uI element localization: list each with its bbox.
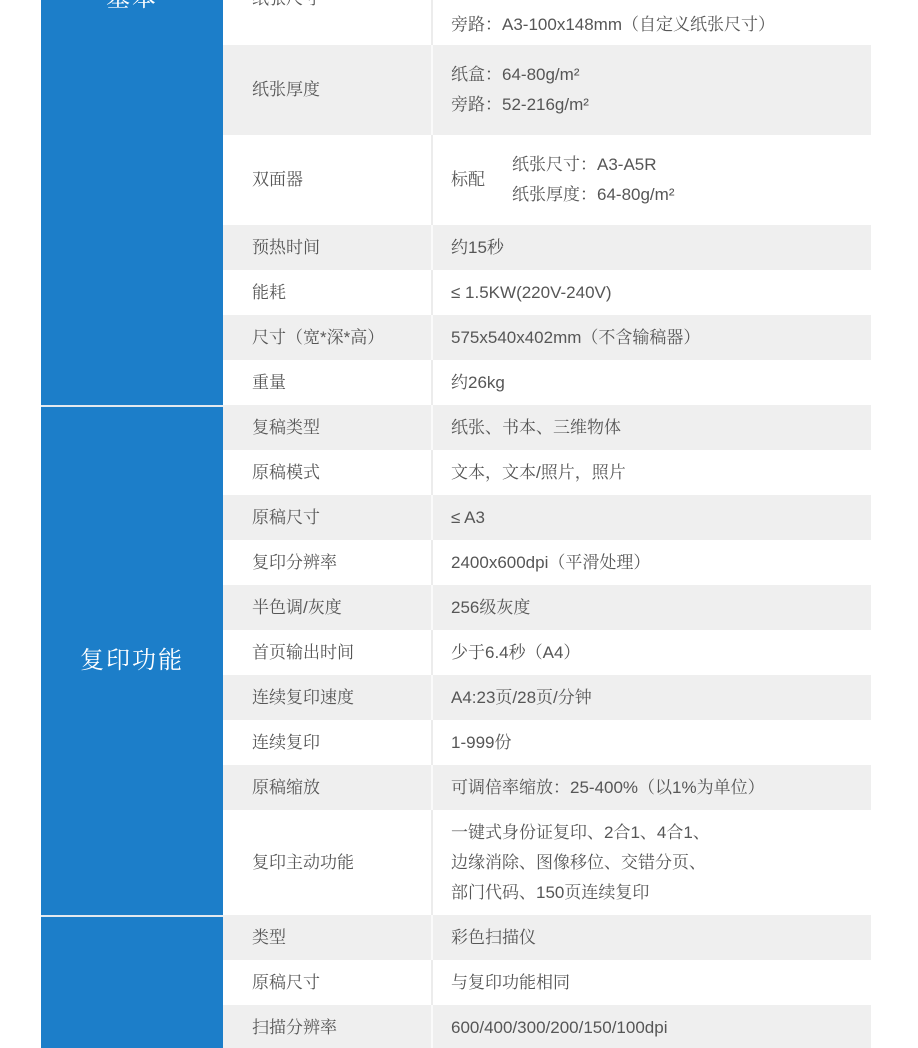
spec-value-line: 256级灰度 xyxy=(451,593,530,623)
spec-value-cell: 一键式身份证复印、2合1、4合1、边缘消除、图像移位、交错分页、部门代码、150… xyxy=(431,810,871,915)
spec-value-line: 2400x600dpi（平滑处理） xyxy=(451,548,650,578)
spec-name-cell: 能耗 xyxy=(223,270,431,315)
spec-value-line: 600/400/300/200/150/100dpi xyxy=(451,1013,667,1043)
spec-name-cell: 原稿尺寸 xyxy=(223,495,431,540)
spec-value-line: 可调倍率缩放：25-400%（以1%为单位） xyxy=(451,773,765,803)
spec-value-line: 纸张厚度：64-80g/m² xyxy=(512,180,674,210)
spec-row: 双面器标配纸张尺寸：A3-A5R纸张厚度：64-80g/m² xyxy=(223,135,871,225)
spec-row: 原稿尺寸≤ A3 xyxy=(223,495,871,540)
spec-value-line: 纸张尺寸：A3-A5R xyxy=(512,150,674,180)
spec-value-line: 约26kg xyxy=(451,368,505,398)
spec-row: 纸张厚度纸盒：64-80g/m²旁路：52-216g/m² xyxy=(223,45,871,135)
spec-value-line: 边缘消除、图像移位、交错分页、 xyxy=(451,848,710,878)
section-label-cell: 复印功能 xyxy=(41,405,223,915)
spec-row: 尺寸（宽*深*高）575x540x402mm（不含输稿器） xyxy=(223,315,871,360)
spec-value-cell: 文本，文本/照片，照片 xyxy=(431,450,871,495)
spec-row: 纸张尺寸旁路：A3-100x148mm（自定义纸张尺寸） xyxy=(223,0,871,45)
spec-value-line: ≤ A3 xyxy=(451,503,485,533)
spec-value-line: 1-999份 xyxy=(451,728,511,758)
spec-row: 原稿尺寸与复印功能相同 xyxy=(223,960,871,1005)
spec-name-cell: 扫描分辨率 xyxy=(223,1005,431,1048)
spec-value-line: 彩色扫描仪 xyxy=(451,923,536,953)
section-label: 复印功能 xyxy=(80,649,184,673)
spec-value-line: 纸张、书本、三维物体 xyxy=(451,413,621,443)
spec-name-cell: 双面器 xyxy=(223,135,431,225)
spec-page: 基本纸张尺寸旁路：A3-100x148mm（自定义纸张尺寸）纸张厚度纸盒：64-… xyxy=(0,0,918,1048)
spec-name-cell: 类型 xyxy=(223,915,431,960)
spec-value-line: 纸盒：64-80g/m² xyxy=(451,60,589,90)
spec-value-cell: 可调倍率缩放：25-400%（以1%为单位） xyxy=(431,765,871,810)
spec-value-line: A4:23页/28页/分钟 xyxy=(451,683,592,713)
spec-row: 连续复印速度A4:23页/28页/分钟 xyxy=(223,675,871,720)
spec-row: 能耗≤ 1.5KW(220V-240V) xyxy=(223,270,871,315)
spec-name-cell: 纸张厚度 xyxy=(223,45,431,135)
standard-config-badge: 标配 xyxy=(451,165,485,195)
spec-value-cell: 彩色扫描仪 xyxy=(431,915,871,960)
spec-name-cell: 连续复印速度 xyxy=(223,675,431,720)
spec-value-cell: 少于6.4秒（A4） xyxy=(431,630,871,675)
spec-row: 重量约26kg xyxy=(223,360,871,405)
spec-row: 扫描分辨率600/400/300/200/150/100dpi xyxy=(223,1005,871,1048)
spec-name-cell: 复印分辨率 xyxy=(223,540,431,585)
spec-value-cell: 约15秒 xyxy=(431,225,871,270)
spec-name-cell: 半色调/灰度 xyxy=(223,585,431,630)
spec-value-cell: 旁路：A3-100x148mm（自定义纸张尺寸） xyxy=(431,0,871,45)
spec-name-cell: 原稿尺寸 xyxy=(223,960,431,1005)
spec-value-cell: ≤ A3 xyxy=(431,495,871,540)
spec-value-cell: 2400x600dpi（平滑处理） xyxy=(431,540,871,585)
spec-value-cell: A4:23页/28页/分钟 xyxy=(431,675,871,720)
spec-value-cell: 纸盒：64-80g/m²旁路：52-216g/m² xyxy=(431,45,871,135)
spec-value-line: 575x540x402mm（不含输稿器） xyxy=(451,323,700,353)
spec-table: 基本纸张尺寸旁路：A3-100x148mm（自定义纸张尺寸）纸张厚度纸盒：64-… xyxy=(41,0,871,1048)
spec-name-cell: 纸张尺寸 xyxy=(223,0,431,45)
spec-value-line: ≤ 1.5KW(220V-240V) xyxy=(451,278,612,308)
spec-row: 预热时间约15秒 xyxy=(223,225,871,270)
spec-value-line: 少于6.4秒（A4） xyxy=(451,638,580,668)
spec-row: 类型彩色扫描仪 xyxy=(223,915,871,960)
spec-value-cell: 纸张、书本、三维物体 xyxy=(431,405,871,450)
spec-value-line: 约15秒 xyxy=(451,233,504,263)
spec-value-line: 旁路：A3-100x148mm（自定义纸张尺寸） xyxy=(451,10,775,40)
section-label-cell xyxy=(41,915,223,1048)
spec-name-cell: 连续复印 xyxy=(223,720,431,765)
spec-row: 连续复印1-999份 xyxy=(223,720,871,765)
spec-value-line: 文本，文本/照片，照片 xyxy=(451,458,626,488)
spec-row: 复印分辨率2400x600dpi（平滑处理） xyxy=(223,540,871,585)
spec-name-cell: 复印主动功能 xyxy=(223,810,431,915)
spec-row: 原稿缩放可调倍率缩放：25-400%（以1%为单位） xyxy=(223,765,871,810)
spec-value-line: 一键式身份证复印、2合1、4合1、 xyxy=(451,818,710,848)
spec-name-cell: 原稿缩放 xyxy=(223,765,431,810)
spec-name-cell: 首页输出时间 xyxy=(223,630,431,675)
section-label-cell: 基本 xyxy=(41,0,223,405)
section-label: 基本 xyxy=(41,0,223,11)
spec-name-cell: 尺寸（宽*深*高） xyxy=(223,315,431,360)
spec-value-line: 与复印功能相同 xyxy=(451,968,570,998)
spec-row: 复稿类型纸张、书本、三维物体 xyxy=(223,405,871,450)
spec-name-cell: 原稿模式 xyxy=(223,450,431,495)
spec-row: 复印主动功能一键式身份证复印、2合1、4合1、边缘消除、图像移位、交错分页、部门… xyxy=(223,810,871,915)
spec-value-cell: ≤ 1.5KW(220V-240V) xyxy=(431,270,871,315)
spec-name-cell: 复稿类型 xyxy=(223,405,431,450)
spec-value-cell: 600/400/300/200/150/100dpi xyxy=(431,1005,871,1048)
spec-value-cell: 1-999份 xyxy=(431,720,871,765)
spec-name-cell: 预热时间 xyxy=(223,225,431,270)
spec-row: 半色调/灰度256级灰度 xyxy=(223,585,871,630)
spec-value-line: 旁路：52-216g/m² xyxy=(451,90,589,120)
spec-section: 类型彩色扫描仪原稿尺寸与复印功能相同扫描分辨率600/400/300/200/1… xyxy=(41,915,871,1048)
spec-value-line: 部门代码、150页连续复印 xyxy=(451,878,710,908)
spec-value-cell: 约26kg xyxy=(431,360,871,405)
spec-value-cell: 标配纸张尺寸：A3-A5R纸张厚度：64-80g/m² xyxy=(431,135,871,225)
spec-section: 复印功能复稿类型纸张、书本、三维物体原稿模式文本，文本/照片，照片原稿尺寸≤ A… xyxy=(41,405,871,915)
spec-row: 首页输出时间少于6.4秒（A4） xyxy=(223,630,871,675)
spec-value-cell: 256级灰度 xyxy=(431,585,871,630)
spec-name-cell: 重量 xyxy=(223,360,431,405)
spec-value-cell: 575x540x402mm（不含输稿器） xyxy=(431,315,871,360)
spec-section: 基本纸张尺寸旁路：A3-100x148mm（自定义纸张尺寸）纸张厚度纸盒：64-… xyxy=(41,0,871,405)
spec-value-cell: 与复印功能相同 xyxy=(431,960,871,1005)
spec-row: 原稿模式文本，文本/照片，照片 xyxy=(223,450,871,495)
